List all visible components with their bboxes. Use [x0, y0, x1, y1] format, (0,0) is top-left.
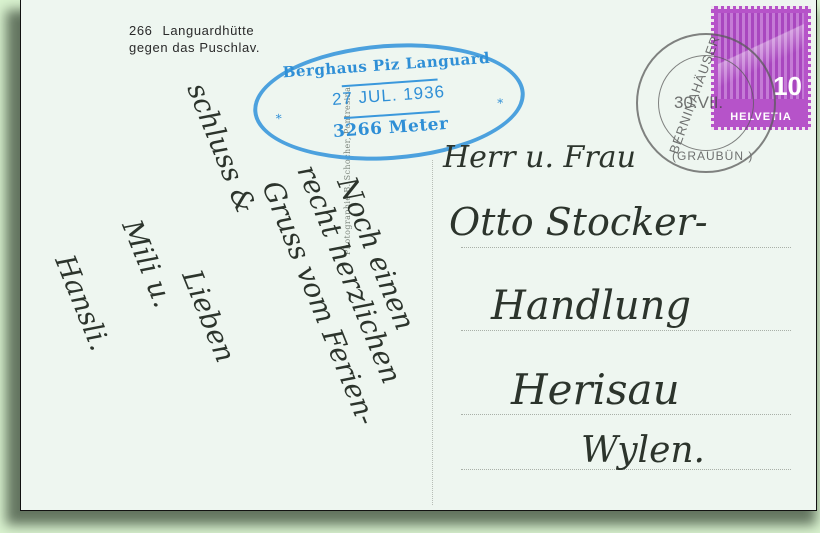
caption-number: 266 — [129, 23, 153, 38]
postmark-date: 30.VII. — [674, 93, 723, 113]
address-line — [461, 414, 791, 415]
address-business: Handlung — [491, 283, 691, 329]
message-line: schluss & — [180, 78, 262, 218]
postcard-back: 266Languardhütte gegen das Puschlav. Pho… — [20, 0, 817, 511]
caption-subtitle: gegen das Puschlav. — [129, 39, 260, 56]
message-signature: Mili u. — [115, 215, 180, 312]
address-line — [461, 330, 791, 331]
center-divider — [432, 160, 433, 505]
address-name: Otto Stocker- — [449, 200, 708, 244]
address-salutation: Herr u. Frau — [443, 140, 636, 175]
picture-caption: 266Languardhütte gegen das Puschlav. — [129, 22, 260, 56]
postmark-canton: (GRAUBÜN.) — [672, 149, 753, 163]
caption-title: Languardhütte — [163, 23, 255, 38]
stamp-value: 10 — [773, 71, 802, 102]
address-city: Herisau — [511, 365, 680, 414]
star-icon: * — [275, 112, 282, 126]
postmark: BERNINAHÄUSER 30.VII. (GRAUBÜN.) — [636, 33, 776, 173]
star-icon: * — [497, 96, 504, 110]
message-signature: Hansli. — [48, 250, 116, 355]
message-line: Lieben — [175, 265, 242, 367]
address-line — [461, 247, 791, 248]
address-locality: Wylen. — [581, 430, 705, 471]
